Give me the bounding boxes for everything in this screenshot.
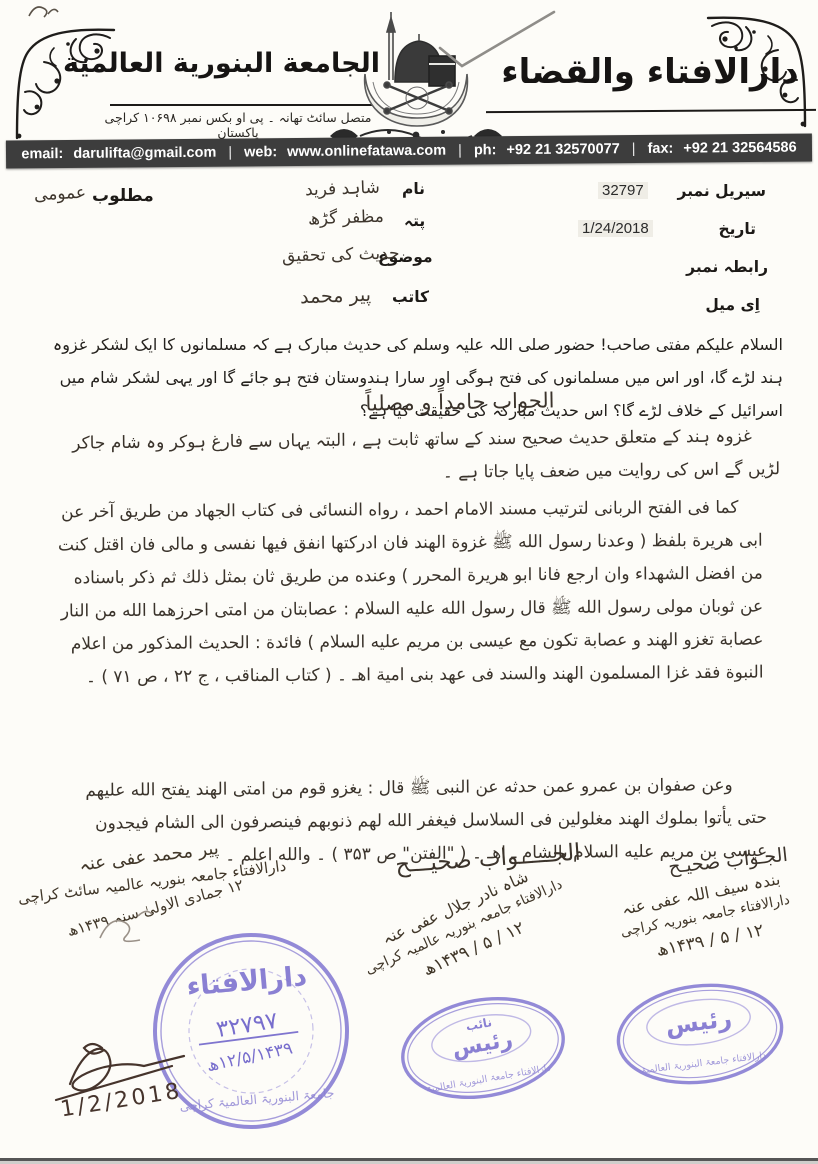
serial-number-value: 32797	[598, 182, 648, 199]
fax-value: +92 21 32564586	[683, 140, 796, 157]
contact-number-label: رابطہ نمبر	[686, 258, 768, 276]
fatwa-document-page: الجامعة البنورية العالمية متصل سائٹ تھان…	[0, 0, 818, 1164]
pen-mark-top-left	[26, 2, 60, 22]
phone-value: +92 21 32570077	[506, 141, 619, 158]
web-value: www.onlinefatawa.com	[287, 143, 446, 160]
name-label: نام	[402, 180, 425, 198]
separator: |	[456, 143, 464, 159]
matloob-value: عمومی	[34, 183, 87, 206]
left-title-underline	[110, 104, 376, 106]
round-stamp-title: دارالافتاء	[185, 961, 308, 1002]
answer-paragraph-1: غزوہ ہند کے متعلق حدیث صحیح سند کے ساتھ …	[45, 420, 781, 494]
email-value: darulifta@gmail.com	[73, 145, 216, 162]
rais-oval-stamp: رئیس دارالافتاء جامعۃ البنوریۃ العالمیۃ	[608, 972, 791, 1096]
name-value: شاہد فرید	[305, 177, 381, 201]
address-value: مظفر گڑھ	[308, 207, 384, 230]
rais-stamp-ring-text: دارالافتاء جامعۃ البنوریۃ العالمیۃ	[640, 1050, 767, 1076]
round-stamp-date: ۱۲/۵/۱۴۳۹ھ	[205, 1038, 295, 1076]
address-label: پتہ	[404, 212, 425, 230]
contact-bar: email: darulifta@gmail.com | web: www.on…	[6, 133, 812, 168]
checker1-signature-block: شاہ نادر جلال عفی عنہ دارالافتاء جامعہ ب…	[349, 853, 581, 1004]
rais-stamp-title: رئیس	[664, 1004, 733, 1040]
email-field-label: اِی میل	[705, 296, 760, 314]
naib-rais-oval-stamp: نائب رئیس دارالافتاء جامعۃ البنوریۃ العا…	[390, 982, 575, 1114]
serial-number-label: سیریل نمبر	[678, 182, 766, 200]
scribe-label: کاتب	[392, 288, 429, 306]
subject-value: حدیث کی تحقیق	[282, 243, 400, 266]
pencil-checkmark	[432, 6, 562, 72]
separator: |	[630, 141, 638, 157]
org-name-left: الجامعة البنورية العالمية	[104, 48, 380, 79]
web-label: web:	[244, 144, 277, 160]
matloob-label: مطلوب	[92, 186, 154, 206]
fax-label: fax:	[647, 141, 673, 157]
separator: |	[226, 145, 234, 161]
scribe-value: پیر محمد	[300, 284, 372, 308]
email-label: email:	[21, 146, 63, 162]
answer-paragraph-2: كما فى الفتح الربانى لترتيب مسند الامام …	[54, 492, 763, 695]
naib-rais-stamp-title: رئیس	[450, 1027, 514, 1062]
phone-label: ph:	[474, 142, 497, 158]
date-value: 1/24/2018	[578, 220, 653, 237]
checker2-signature-block: بندہ سیف اللہ عفی عنہ دارالافتاء جامعہ ب…	[594, 864, 818, 971]
date-label: تاریخ	[718, 220, 756, 238]
